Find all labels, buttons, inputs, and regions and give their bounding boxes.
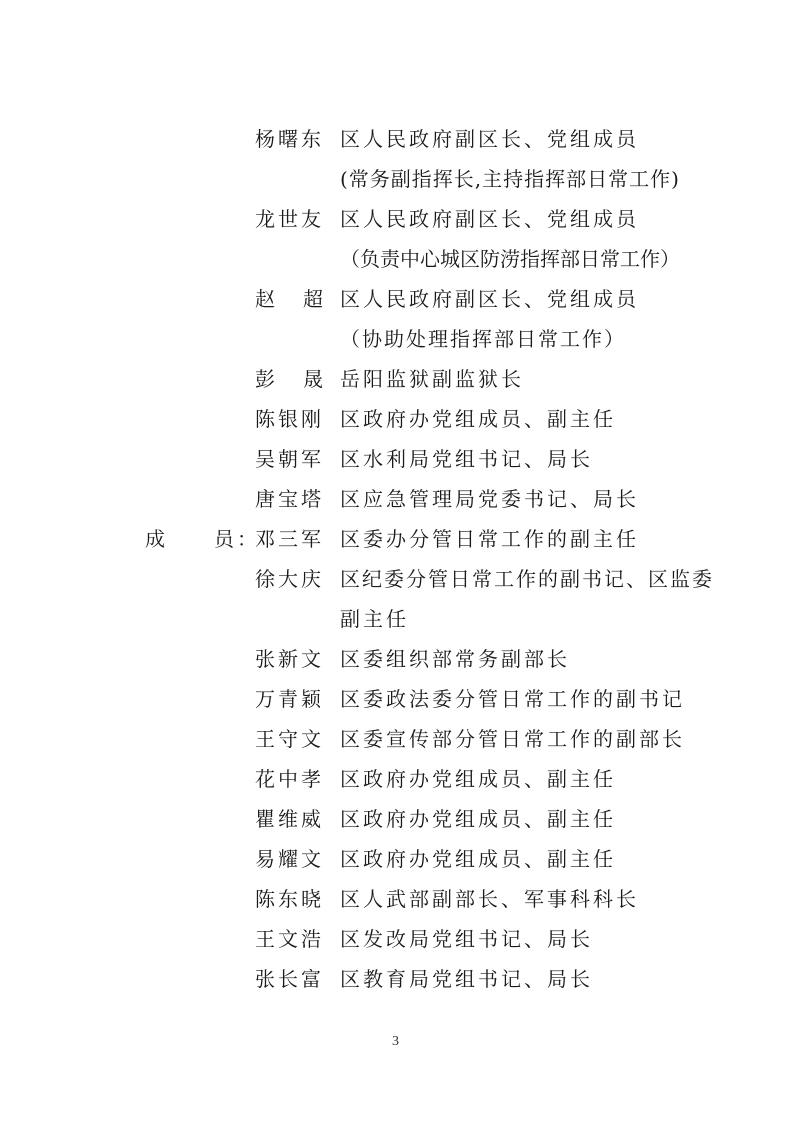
member-role: 区水利局党组书记、局长 <box>340 447 593 471</box>
member-name: 瞿维威 <box>255 807 324 831</box>
member-name: 邓三军 <box>255 527 324 551</box>
member-role-note: （负责中心城区防涝指挥部日常工作） <box>340 247 680 271</box>
section-label-members: 成 员： <box>145 527 260 551</box>
member-role-note: (常务副指挥长,主持指挥部日常工作) <box>340 167 680 191</box>
member-name: 龙世友 <box>255 207 324 231</box>
member-role: 区政府办党组成员、副主任 <box>340 767 616 791</box>
member-role: 区政府办党组成员、副主任 <box>340 807 616 831</box>
member-role: 区委组织部常务副部长 <box>340 647 570 671</box>
member-role: 区应急管理局党委书记、局长 <box>340 487 639 511</box>
member-role: 区人民政府副区长、党组成员 <box>340 207 639 231</box>
member-name: 吴朝军 <box>255 447 324 471</box>
member-role: 区委办分管日常工作的副主任 <box>340 527 639 551</box>
member-role: 区人民政府副区长、党组成员 <box>340 287 639 311</box>
member-role: 区政府办党组成员、副主任 <box>340 847 616 871</box>
member-role-continued: 副主任 <box>340 607 409 631</box>
member-name: 彭 晟 <box>255 367 327 391</box>
member-name: 杨曙东 <box>255 127 324 151</box>
member-name: 唐宝塔 <box>255 487 324 511</box>
member-name: 易耀文 <box>255 847 324 871</box>
member-name: 赵 超 <box>255 287 327 311</box>
member-role: 区委政法委分管日常工作的副书记 <box>340 687 685 711</box>
member-role: 岳阳监狱副监狱长 <box>340 367 524 391</box>
member-name: 花中孝 <box>255 767 324 791</box>
page-number: 3 <box>392 1034 399 1050</box>
member-role-note: （协助处理指挥部日常工作） <box>340 327 626 351</box>
member-role: 区纪委分管日常工作的副书记、区监委 <box>340 567 714 591</box>
member-name: 万青颖 <box>255 687 324 711</box>
member-name: 王守文 <box>255 727 324 751</box>
member-name: 张长富 <box>255 967 324 991</box>
member-role: 区发改局党组书记、局长 <box>340 927 593 951</box>
member-name: 陈银刚 <box>255 407 324 431</box>
member-name: 张新文 <box>255 647 324 671</box>
member-role: 区教育局党组书记、局长 <box>340 967 593 991</box>
member-role: 区政府办党组成员、副主任 <box>340 407 616 431</box>
member-role: 区人武部副部长、军事科科长 <box>340 887 639 911</box>
member-name: 王文浩 <box>255 927 324 951</box>
member-name: 徐大庆 <box>255 567 324 591</box>
member-role: 区人民政府副区长、党组成员 <box>340 127 639 151</box>
member-role: 区委宣传部分管日常工作的副部长 <box>340 727 685 751</box>
member-name: 陈东晓 <box>255 887 324 911</box>
